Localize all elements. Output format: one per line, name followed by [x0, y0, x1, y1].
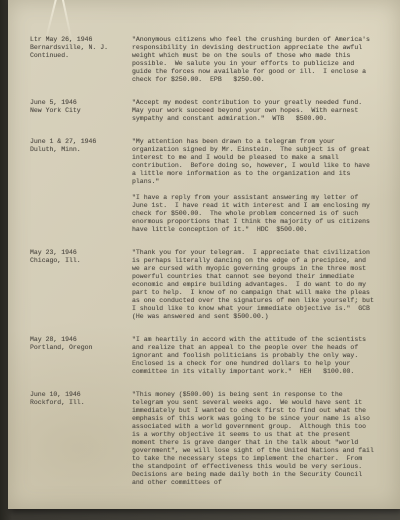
- date-line: Ltr May 26, 1946: [30, 36, 132, 44]
- quote-paragraph: "My attention has been drawn to a telegr…: [132, 138, 376, 186]
- letter-excerpt-list: Ltr May 26, 1946Bernardsville, N. J.Cont…: [30, 36, 388, 502]
- entry-quote: "My attention has been drawn to a telegr…: [132, 138, 376, 234]
- date-line: June 5, 1946: [30, 99, 132, 107]
- letter-entry: Ltr May 26, 1946Bernardsville, N. J.Cont…: [30, 36, 388, 84]
- date-line: May 23, 1946: [30, 249, 132, 257]
- entry-quote: "Anonymous citizens who feel the crushin…: [132, 36, 376, 84]
- entry-quote: "Thank you for your telegram. I apprecia…: [132, 249, 376, 321]
- paper-sheet: Ltr May 26, 1946Bernardsville, N. J.Cont…: [8, 0, 400, 509]
- entry-quote: "I am heartily in accord with the attitu…: [132, 336, 376, 376]
- quote-paragraph: "I am heartily in accord with the attitu…: [132, 336, 376, 376]
- date-line: May 28, 1946: [30, 336, 132, 344]
- entry-date-location: June 5, 1946New York City: [30, 99, 132, 115]
- date-line: Duluth, Minn.: [30, 146, 132, 154]
- entry-quote: "This money ($500.00) is being sent in r…: [132, 391, 376, 487]
- date-line: Portland, Oregon: [30, 344, 132, 352]
- quote-paragraph: "This money ($500.00) is being sent in r…: [132, 391, 376, 487]
- date-line: June 1 & 27, 1946: [30, 138, 132, 146]
- letter-entry: June 1 & 27, 1946Duluth, Minn. "My atten…: [30, 138, 388, 234]
- scanned-document-page: Ltr May 26, 1946Bernardsville, N. J.Cont…: [0, 0, 400, 520]
- letter-entry: June 5, 1946New York City "Accept my mod…: [30, 99, 388, 123]
- date-line: Rockford, Ill.: [30, 399, 132, 407]
- entry-date-location: June 10, 1946Rockford, Ill.: [30, 391, 132, 407]
- quote-paragraph: "I have a reply from your assistant answ…: [132, 194, 376, 234]
- quote-paragraph: "Anonymous citizens who feel the crushin…: [132, 36, 376, 84]
- letter-entry: June 10, 1946Rockford, Ill. "This money …: [30, 391, 388, 487]
- quote-paragraph: "Thank you for your telegram. I apprecia…: [132, 249, 376, 321]
- date-line: June 10, 1946: [30, 391, 132, 399]
- quote-paragraph: "Accept my modest contribution to your g…: [132, 99, 376, 123]
- entry-quote: "Accept my modest contribution to your g…: [132, 99, 376, 123]
- entry-date-location: May 23, 1946Chicago, Ill.: [30, 249, 132, 265]
- letter-entry: May 28, 1946Portland, Oregon "I am heart…: [30, 336, 388, 376]
- letter-entry: May 23, 1946Chicago, Ill. "Thank you for…: [30, 249, 388, 321]
- entry-date-location: May 28, 1946Portland, Oregon: [30, 336, 132, 352]
- date-line: Chicago, Ill.: [30, 257, 132, 265]
- entry-date-location: June 1 & 27, 1946Duluth, Minn.: [30, 138, 132, 154]
- date-line: Bernardsville, N. J.: [30, 44, 132, 52]
- date-line: Continued.: [30, 52, 132, 60]
- date-line: New York City: [30, 107, 132, 115]
- entry-date-location: Ltr May 26, 1946Bernardsville, N. J.Cont…: [30, 36, 132, 60]
